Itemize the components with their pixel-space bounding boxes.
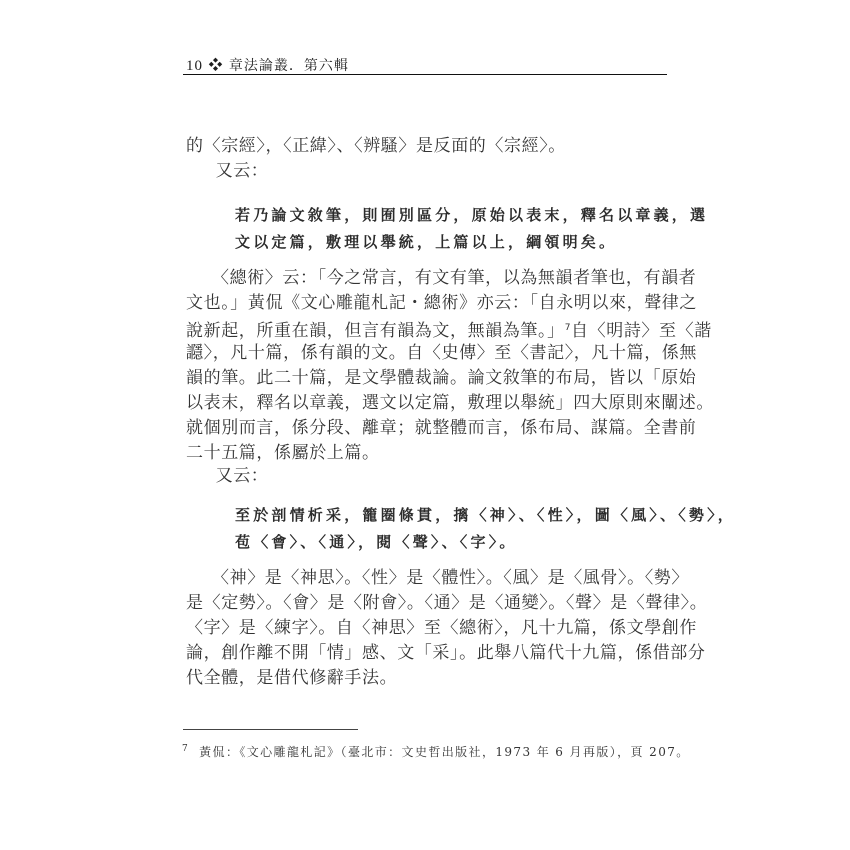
body-text: 說新起，所重在韻，但言有韻為文，無韻為筆。」 [186, 321, 565, 341]
body-line: 又云： [198, 466, 678, 486]
body-line: 論，創作離不開「情」感、文「采」。此舉八篇代十九篇，係借部分 [186, 643, 666, 663]
footnote-rule [183, 729, 358, 730]
block-quote-line: 至於剖情析采，籠圈條貫，摛〈神〉、〈性〉，圖〈風〉、〈勢〉， [235, 505, 665, 525]
footnote: 7黃侃：《文心雕龍札記》（臺北市：文史哲出版社，1973 年 6 月再版），頁 … [182, 741, 672, 760]
body-line: 文也。」黃侃《文心雕龍札記・總術》亦云：「自永明以來，聲律之 [186, 293, 666, 313]
ornament-icon: ❖ [208, 58, 223, 74]
block-quote-line: 苞〈會〉、〈通〉，閱〈聲〉、〈字〉。 [235, 532, 665, 552]
body-line: 是〈定勢〉。〈會〉是〈附會〉。〈通〉是〈通變〉。〈聲〉是〈聲律〉。 [186, 593, 666, 613]
body-line: 二十五篇，係屬於上篇。 [186, 443, 666, 463]
running-title: 章法論叢．第六輯 [229, 58, 349, 74]
running-header: 10 ❖ 章法論叢．第六輯 [186, 55, 664, 75]
body-line: 又云： [198, 161, 678, 181]
body-line: 的〈宗經〉，〈正緯〉、〈辨騷〉是反面的〈宗經〉。 [186, 136, 666, 156]
header-rule [183, 74, 667, 75]
body-line: 韻的筆。此二十篇，是文學體裁論。論文敘筆的布局，皆以「原始 [186, 368, 666, 388]
body-line: 以表末，釋名以章義，選文以定篇，敷理以舉統」四大原則來闡述。 [186, 393, 666, 413]
body-line: 〈神〉是〈神思〉。〈性〉是〈體性〉。〈風〉是〈風骨〉。〈勢〉 [212, 568, 692, 588]
body-line: 代全體，是借代修辭手法。 [186, 668, 666, 688]
block-quote-line: 若乃論文敘筆，則囿別區分，原始以表末，釋名以章義，選 [235, 205, 665, 225]
body-line: 〈總術〉云：「今之常言，有文有筆，以為無韻者筆也，有韻者 [212, 268, 692, 288]
footnote-text: 黃侃：《文心雕龍札記》（臺北市：文史哲出版社，1973 年 6 月再版），頁 2… [199, 745, 690, 759]
body-line: 讔〉，凡十篇，係有韻的文。自〈史傳〉至〈書記〉，凡十篇，係無 [186, 343, 666, 363]
body-text: 自〈明詩〉至〈諧 [571, 321, 712, 341]
block-quote-line: 文以定篇，敷理以舉統，上篇以上，綱領明矣。 [235, 232, 665, 252]
footnote-mark: 7 [182, 744, 189, 754]
body-line: 〈字〉是〈練字〉。自〈神思〉至〈總術〉，凡十九篇，係文學創作 [186, 618, 666, 638]
page-number: 10 [186, 58, 203, 74]
body-line: 說新起，所重在韻，但言有韻為文，無韻為筆。」7自〈明詩〉至〈諧 [186, 318, 666, 341]
body-line: 就個別而言，係分段、離章；就整體而言，係布局、謀篇。全書前 [186, 418, 666, 438]
